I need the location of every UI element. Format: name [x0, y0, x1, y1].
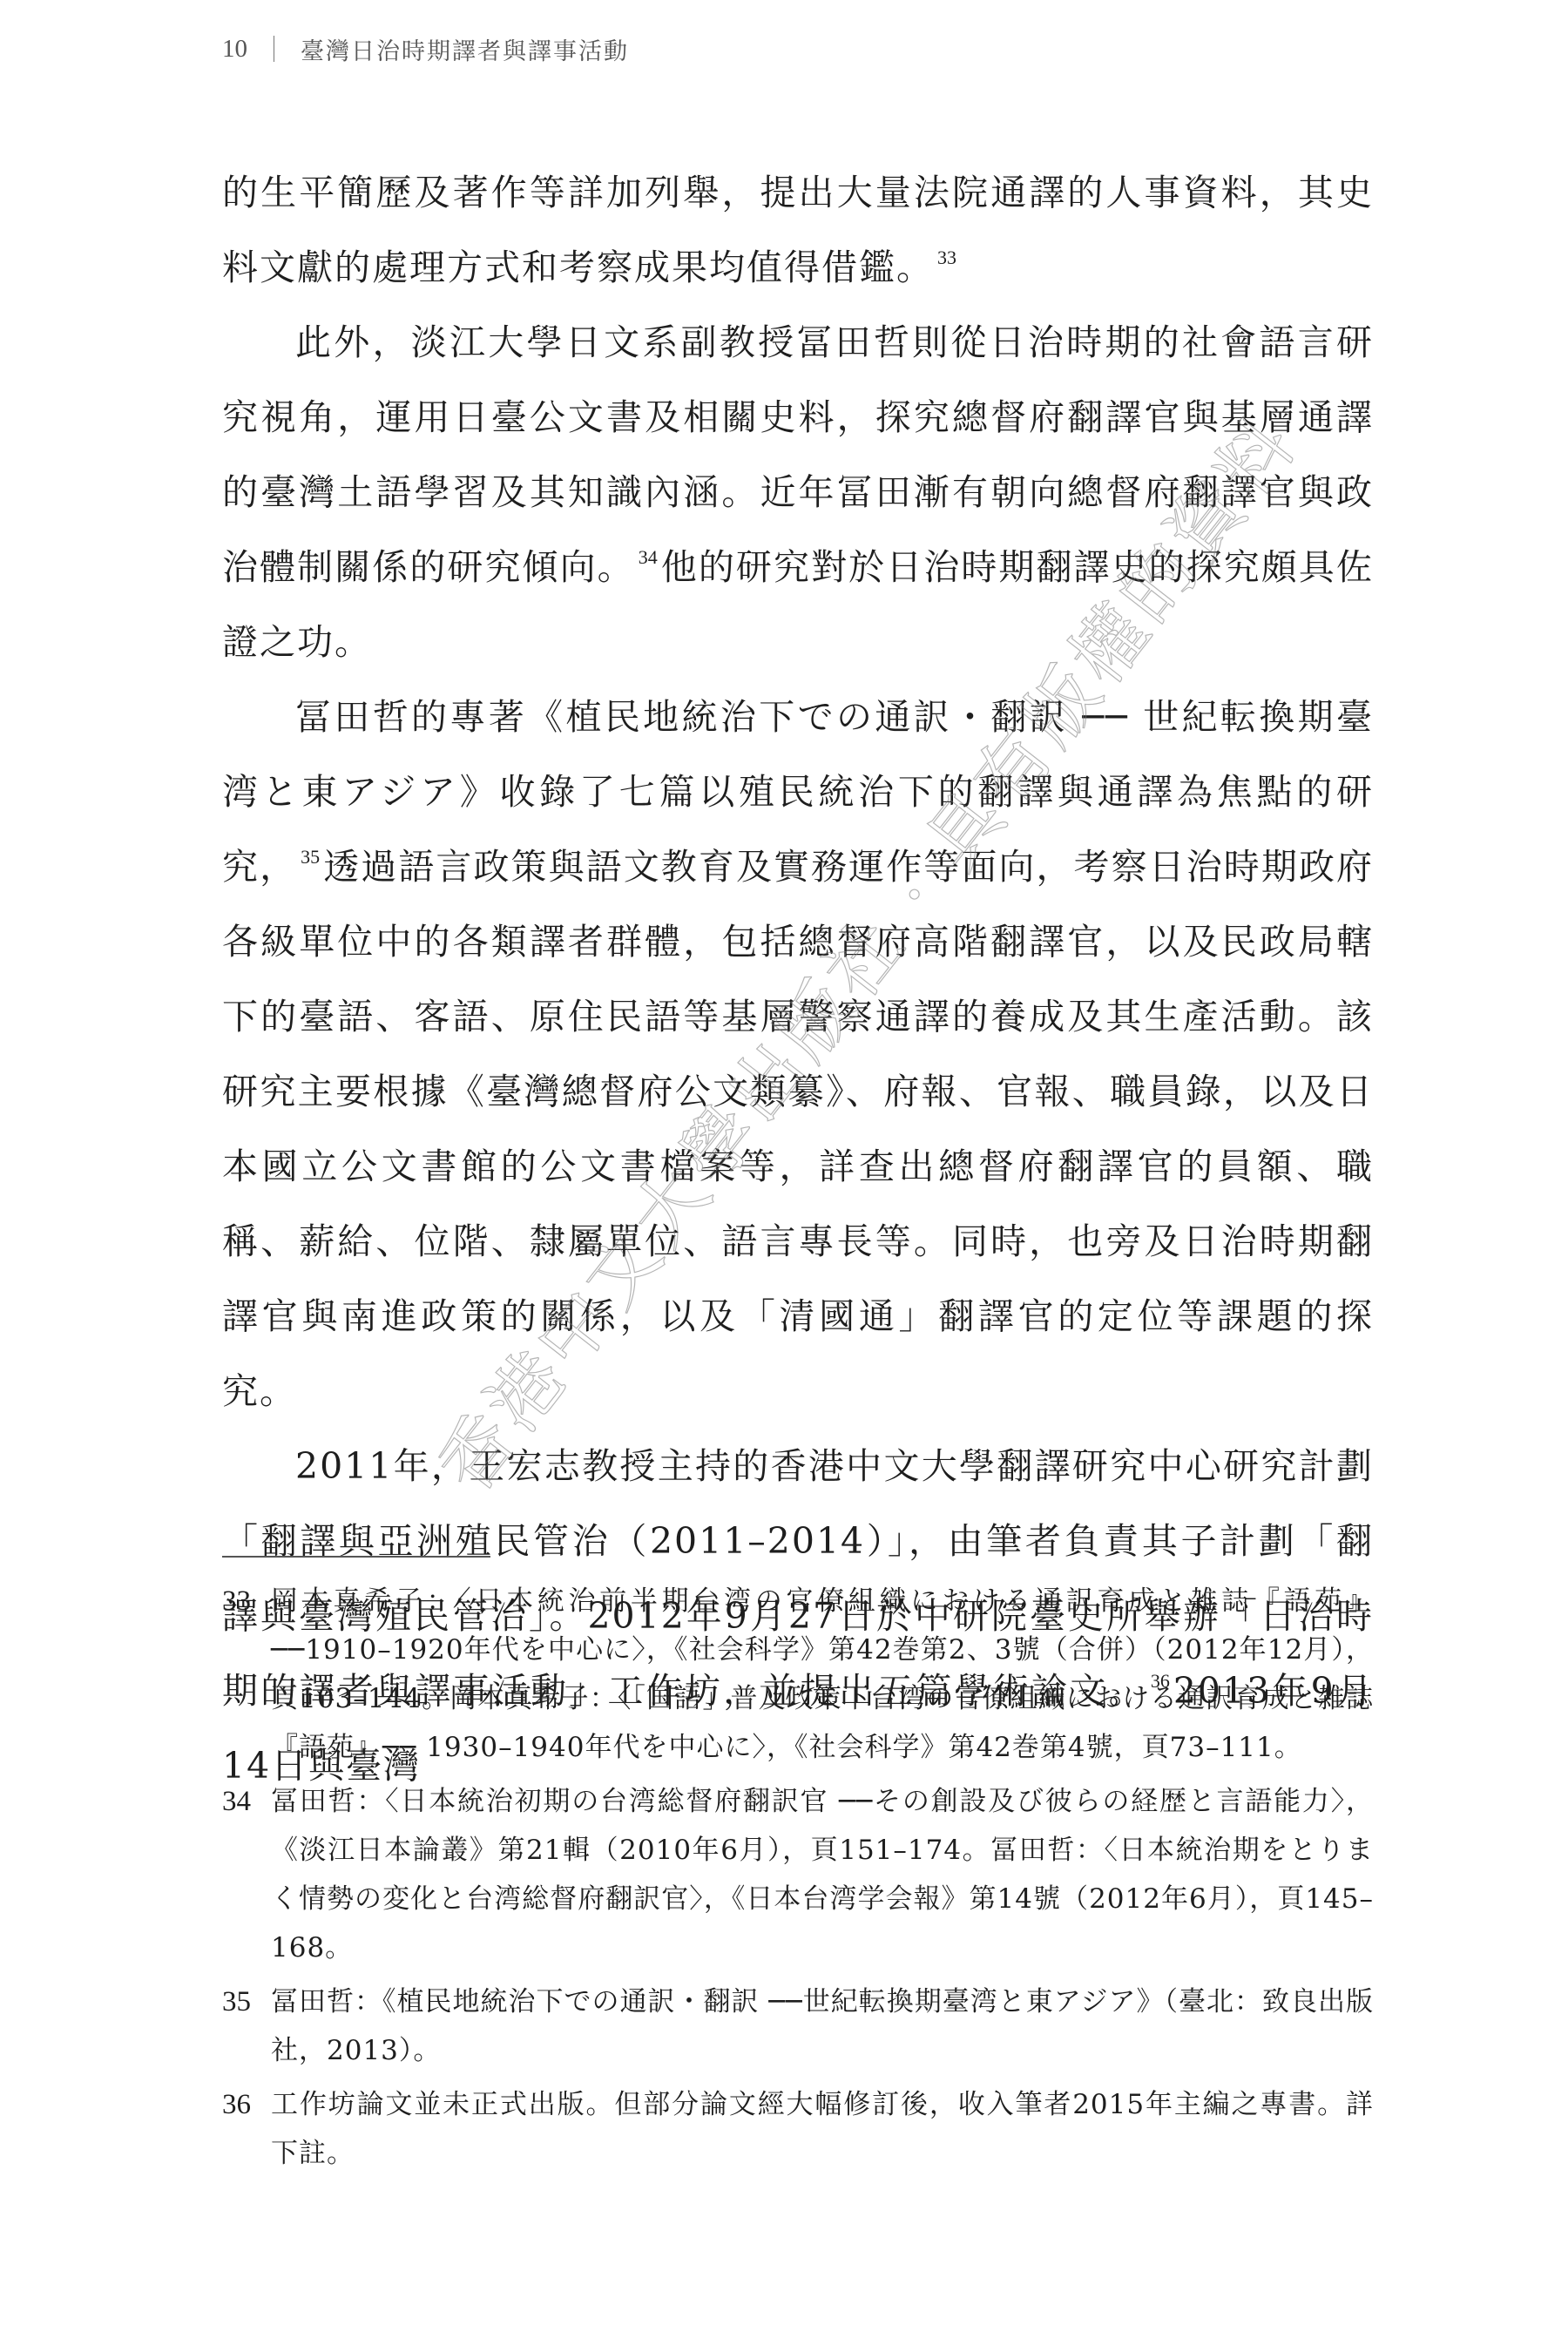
running-header: 10 臺灣日治時期譯者與譯事活動	[222, 31, 629, 66]
paragraph-text: 的生平簡歷及著作等詳加列舉，提出大量法院通譯的人事資料，其史料文獻的處理方式和考…	[222, 172, 1374, 288]
book-title: 臺灣日治時期譯者與譯事活動	[301, 32, 629, 66]
paragraph-1: 的生平簡歷及著作等詳加列舉，提出大量法院通譯的人事資料，其史料文獻的處理方式和考…	[222, 155, 1374, 305]
paragraph-text: 透過語言政策與語文教育及實務運作等面向，考察日治時期政府各級單位中的各類譯者群體…	[222, 846, 1374, 1412]
footnote-ref-35[interactable]: 35	[301, 846, 320, 868]
footnote-36: 36 工作坊論文並未正式出版。但部分論文經大幅修訂後，收入筆者2015年主編之專…	[222, 2080, 1374, 2178]
footnote-number: 33	[222, 1577, 271, 1772]
footnote-separator	[222, 1556, 490, 1558]
footnote-35: 35 冨田哲：《植民地統治下での通訳・翻訳 ──世紀転換期臺湾と東アジア》（臺北…	[222, 1977, 1374, 2075]
footnote-33: 33 岡本真希子：〈日本統治前半期台湾の官僚組織における通訳育成と雑誌『語苑』─…	[222, 1577, 1374, 1772]
footnote-number: 35	[222, 1977, 271, 2075]
footnote-number: 36	[222, 2080, 271, 2178]
header-divider	[274, 36, 274, 62]
paragraph-2: 此外，淡江大學日文系副教授冨田哲則從日治時期的社會語言研究視角，運用日臺公文書及…	[222, 305, 1374, 679]
footnote-number: 34	[222, 1777, 271, 1972]
page-number: 10	[222, 35, 247, 64]
footnote-text: 冨田哲：《植民地統治下での通訳・翻訳 ──世紀転換期臺湾と東アジア》（臺北：致良…	[271, 1977, 1374, 2075]
footnote-text: 冨田哲：〈日本統治初期の台湾総督府翻訳官 ──その創設及び彼らの経歴と言語能力〉…	[271, 1777, 1374, 1972]
book-page: 10 臺灣日治時期譯者與譯事活動 的生平簡歷及著作等詳加列舉，提出大量法院通譯的…	[0, 0, 1568, 2352]
footnote-ref-33[interactable]: 33	[937, 247, 956, 268]
footnote-34: 34 冨田哲：〈日本統治初期の台湾総督府翻訳官 ──その創設及び彼らの経歴と言語…	[222, 1777, 1374, 1972]
paragraph-3: 冨田哲的專著《植民地統治下での通訳・翻訳 ── 世紀転換期臺湾と東アジア》收錄了…	[222, 679, 1374, 1429]
footnotes: 33 岡本真希子：〈日本統治前半期台湾の官僚組織における通訳育成と雑誌『語苑』─…	[222, 1577, 1374, 2183]
footnote-text: 工作坊論文並未正式出版。但部分論文經大幅修訂後，收入筆者2015年主編之專書。詳…	[271, 2080, 1374, 2178]
footnote-text: 岡本真希子：〈日本統治前半期台湾の官僚組織における通訳育成と雑誌『語苑』──19…	[271, 1577, 1374, 1772]
footnote-ref-34[interactable]: 34	[639, 546, 658, 568]
